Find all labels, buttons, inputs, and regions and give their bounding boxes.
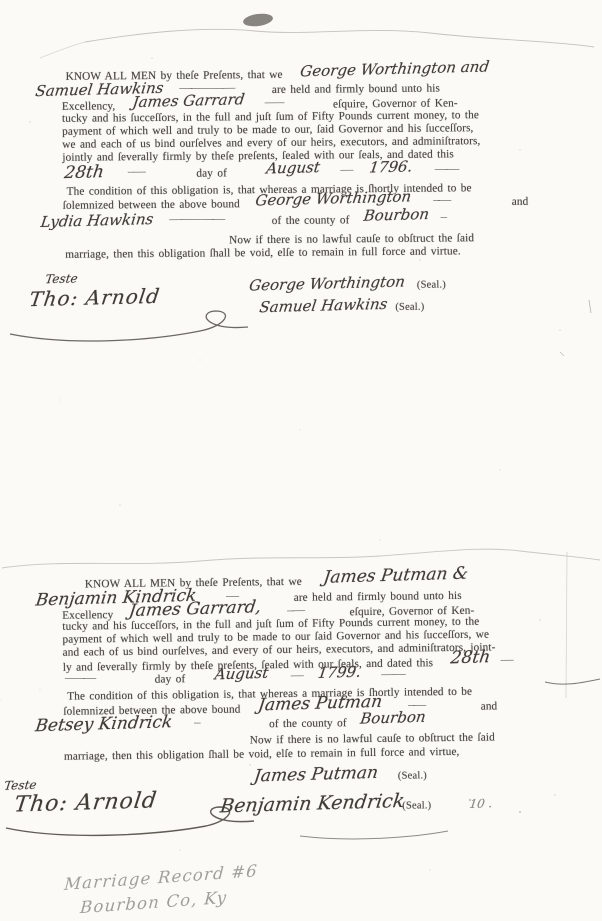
pen-dash: — [291, 667, 303, 683]
bond2-line13: marriage, then this obligation ſhall be … [64, 742, 460, 765]
bond2-signature-1: James Putman (Seal.) [254, 763, 427, 785]
handwritten-day: 28th [450, 647, 492, 668]
printed-text: and [481, 700, 498, 712]
signature-name: Benjamin Kendrick [219, 790, 406, 817]
marriage-bond-2: KNOW ALL MEN by theſe Preſents, that we … [0, 0, 602, 921]
printed-text: marriage, then this obligation ſhall be … [64, 746, 460, 763]
handwritten-county: Bourbon [359, 708, 427, 728]
printed-text: day of [155, 673, 186, 685]
signature-name: James Putman [253, 763, 380, 787]
pen-dash: — –— [65, 669, 95, 685]
seal-label: (Seal.) [398, 770, 427, 781]
handwritten-year: 1799. [317, 663, 362, 682]
seal-label: (Seal.) [402, 800, 431, 811]
handwritten-bride-name: Betsey Kindrick [34, 712, 173, 736]
witness-name: Tho: Arnold [13, 788, 159, 817]
handwritten-month: August [214, 664, 270, 684]
pen-dash: – [194, 714, 199, 730]
margin-mark: 10 . [468, 796, 493, 811]
pen-dash: —— [381, 666, 404, 682]
scanned-marriage-bond-page: KNOW ALL MEN by theſe Preſents, that we … [0, 0, 602, 921]
printed-text: of the county of [269, 717, 347, 730]
bond2-signature-2: Benjamin Kendrick (Seal.) 10 . [220, 790, 492, 815]
archival-note-line1: Marriage Record #6 [64, 868, 258, 888]
pencil-note: Bourbon Co, Ky [80, 888, 228, 917]
bond2-witness-signature: Tho: Arnold [14, 790, 157, 817]
archival-note-line2: Bourbon Co, Ky [80, 893, 227, 913]
pen-dash: — [500, 651, 512, 667]
